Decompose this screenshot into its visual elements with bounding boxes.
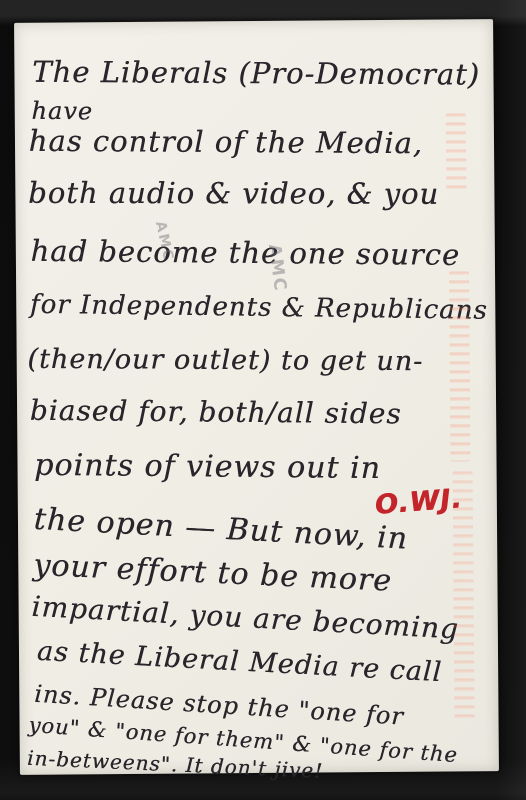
handwritten-line: for Independents & Republicans	[30, 290, 488, 326]
handwritten-line: had become the one source	[30, 234, 460, 272]
scan-background: The Liberals (Pro-Democrat) have has con…	[0, 0, 526, 800]
red-initials-annotation: O.WJ.	[374, 483, 464, 521]
handwritten-line: The Liberals (Pro-Democrat)	[32, 55, 480, 92]
handwritten-line: your effort to be more	[33, 548, 393, 599]
handwritten-line: as the Liberal Media re call	[36, 636, 443, 689]
red-bleed-marks	[453, 471, 475, 719]
red-bleed-marks	[446, 113, 467, 193]
handwritten-line: points of views out in	[34, 448, 381, 486]
letter-paper: The Liberals (Pro-Democrat) have has con…	[14, 19, 499, 775]
handwritten-line-inserted-word: have	[31, 97, 93, 126]
handwritten-line: impartial, you are becoming	[31, 590, 460, 646]
red-bleed-marks	[449, 271, 470, 461]
handwritten-line: the open — But now, in	[33, 502, 409, 557]
handwritten-line: biased for, both/all sides	[30, 394, 402, 431]
handwritten-line: has control of the Media,	[29, 124, 423, 160]
handwritten-line: (then/our outlet) to get un-	[27, 344, 423, 377]
handwritten-line: both audio & video, & you	[28, 176, 439, 211]
